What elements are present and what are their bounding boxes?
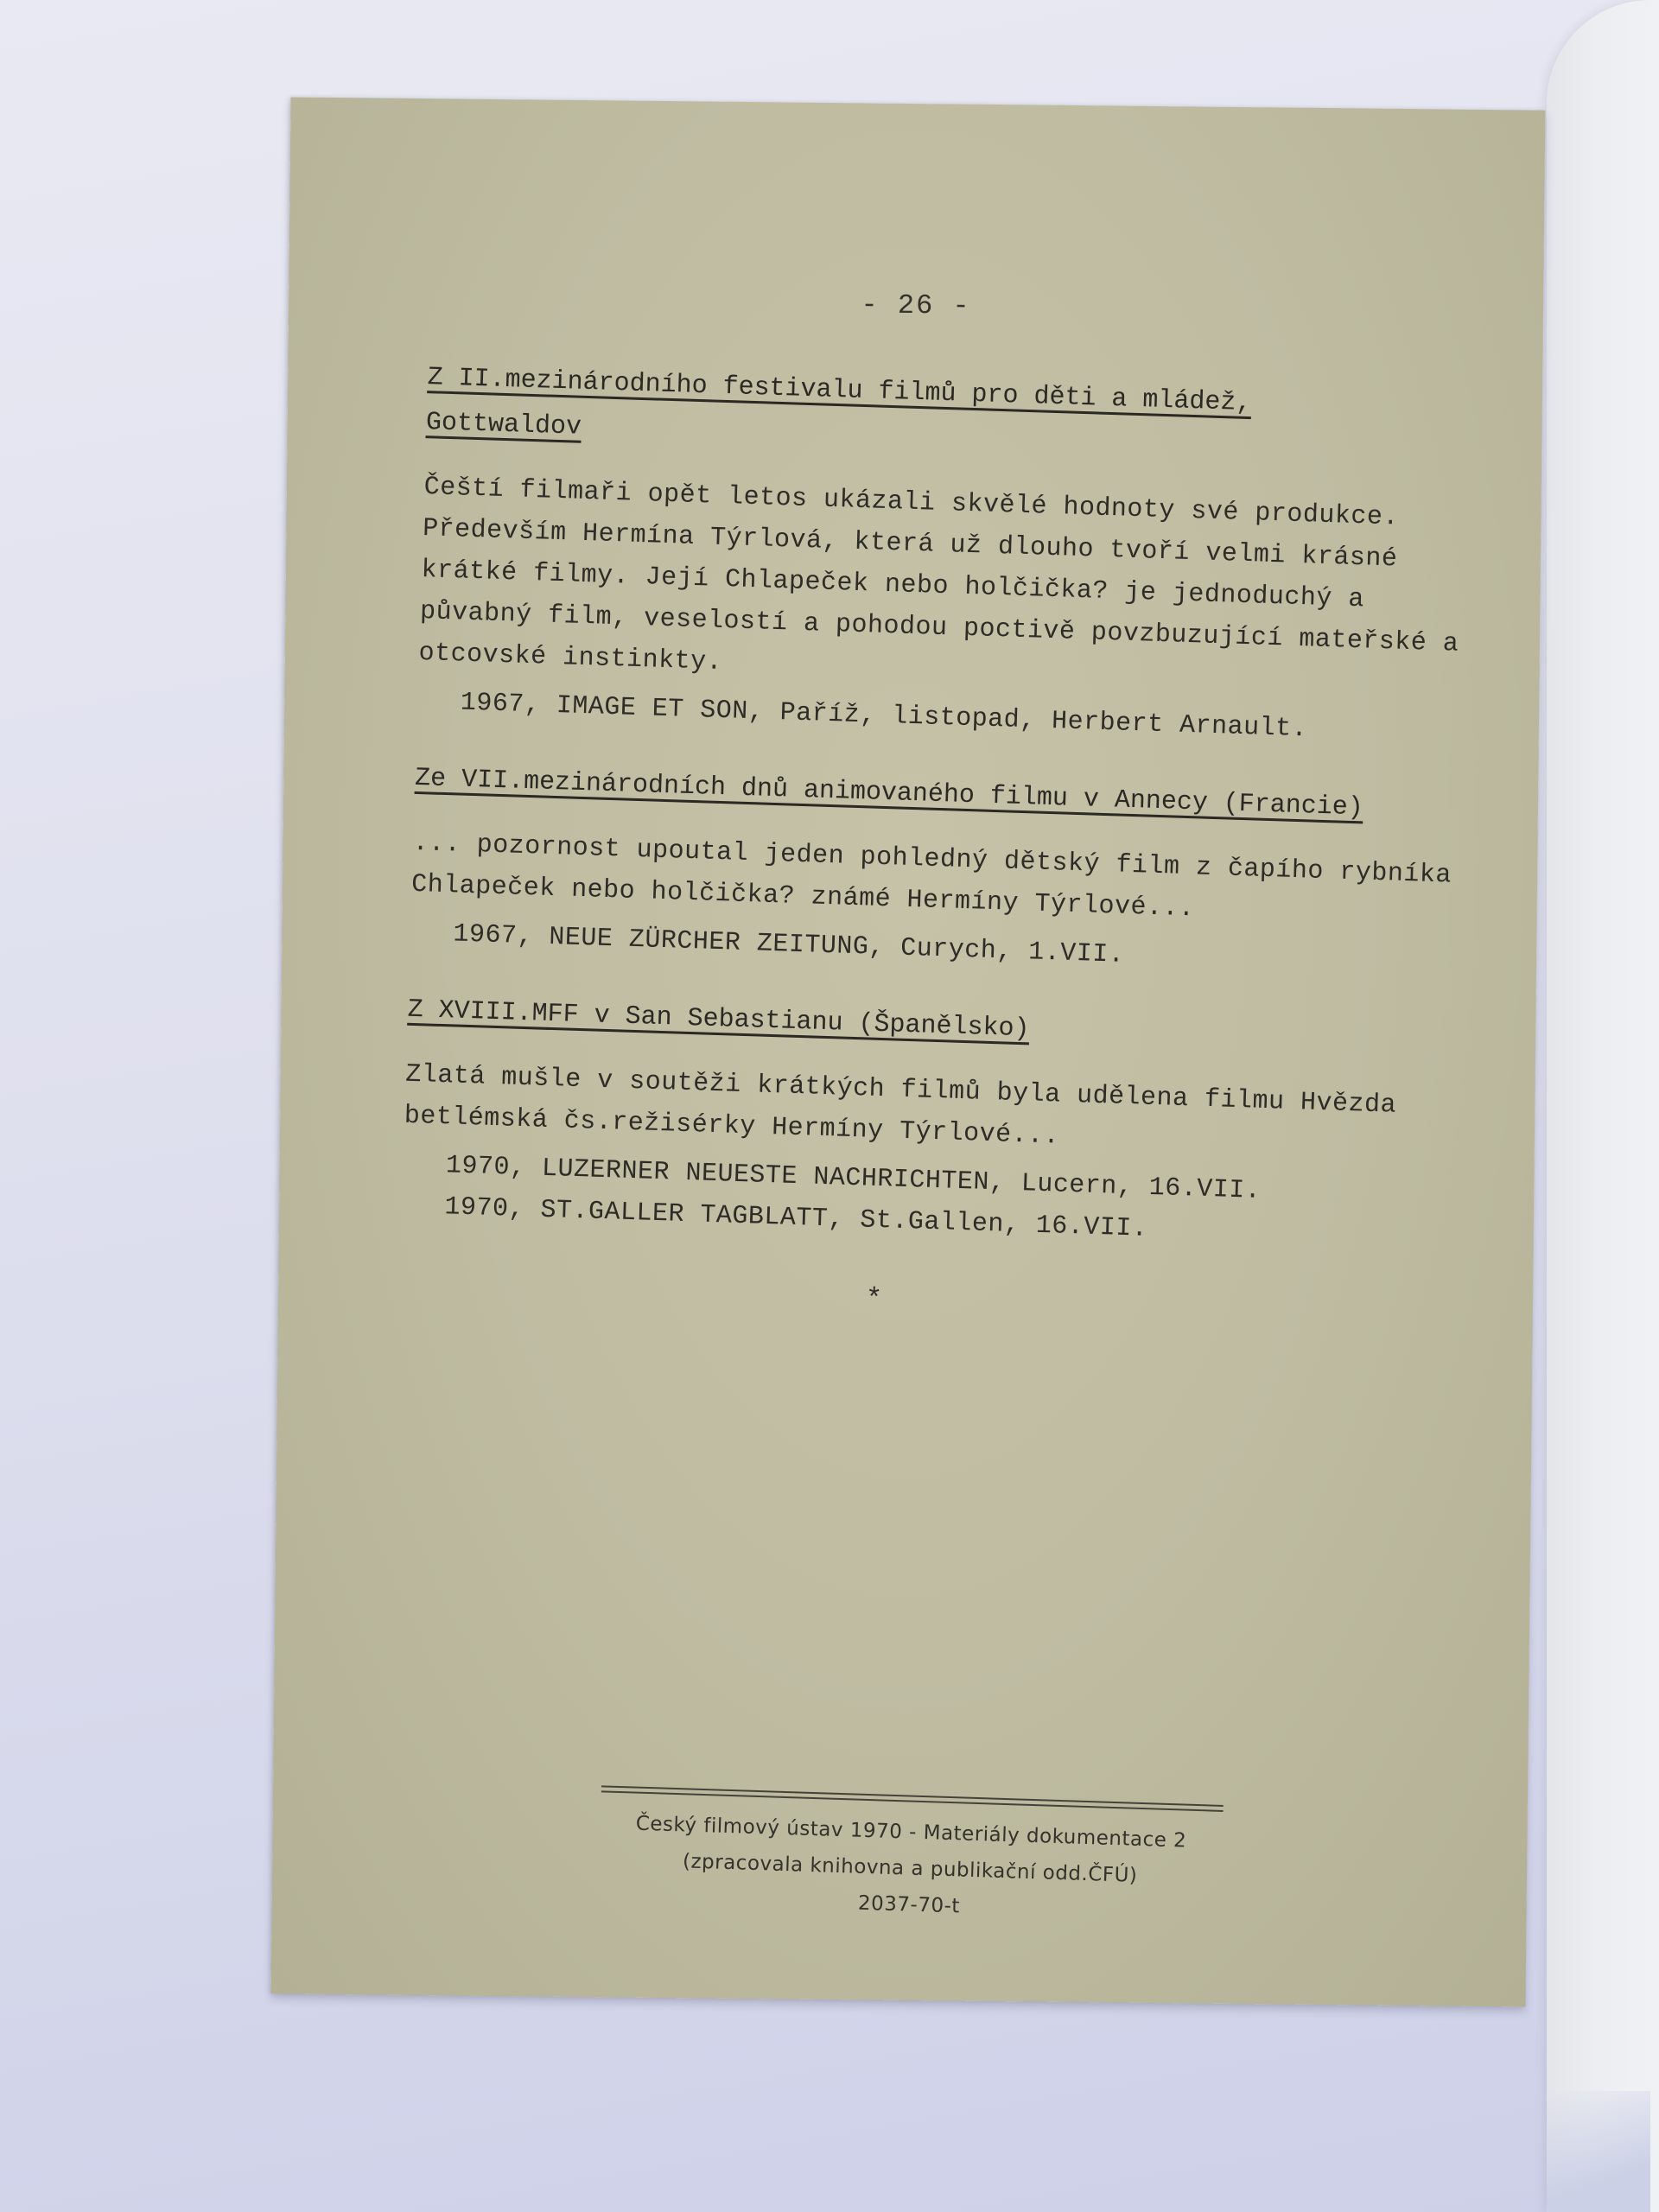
section-heading: Ze VII.mezinárodních dnů animovaného fil… [414,759,1469,836]
section-separator: * [295,1265,1453,1333]
heading-line-2: Gottwaldov [425,408,582,442]
section-body: Čeští filmaři opět letos ukázali skvělé … [418,467,1478,707]
heading-line-1: Ze VII.mezinárodních dnů animovaného fil… [415,764,1364,823]
page-content: Z II.mezinárodního festivalu filmů pro d… [398,358,1482,1333]
heading-line-1: Z II.mezinárodního festivalu filmů pro d… [427,363,1252,418]
section-annecy: Ze VII.mezinárodních dnů animovaného fil… [410,759,1469,987]
section-heading: Z XVIII.MFF v San Sebastianu (Španělsko) [407,990,1462,1068]
page-footer: Český filmový ústav 1970 - Materiály dok… [597,1785,1223,1933]
document-page: - 26 - Z II.mezinárodního festivalu film… [271,97,1546,2006]
section-heading: Z II.mezinárodního festivalu filmů pro d… [425,358,1482,480]
adjacent-page [1547,0,1659,2212]
section-san-sebastian: Z XVIII.MFF v San Sebastianu (Španělsko)… [401,990,1462,1260]
section-gottwaldov: Z II.mezinárodního festivalu filmů pro d… [416,358,1482,755]
heading-line-1: Z XVIII.MFF v San Sebastianu (Španělsko) [407,995,1030,1045]
page-number: - 26 - [289,283,1543,327]
